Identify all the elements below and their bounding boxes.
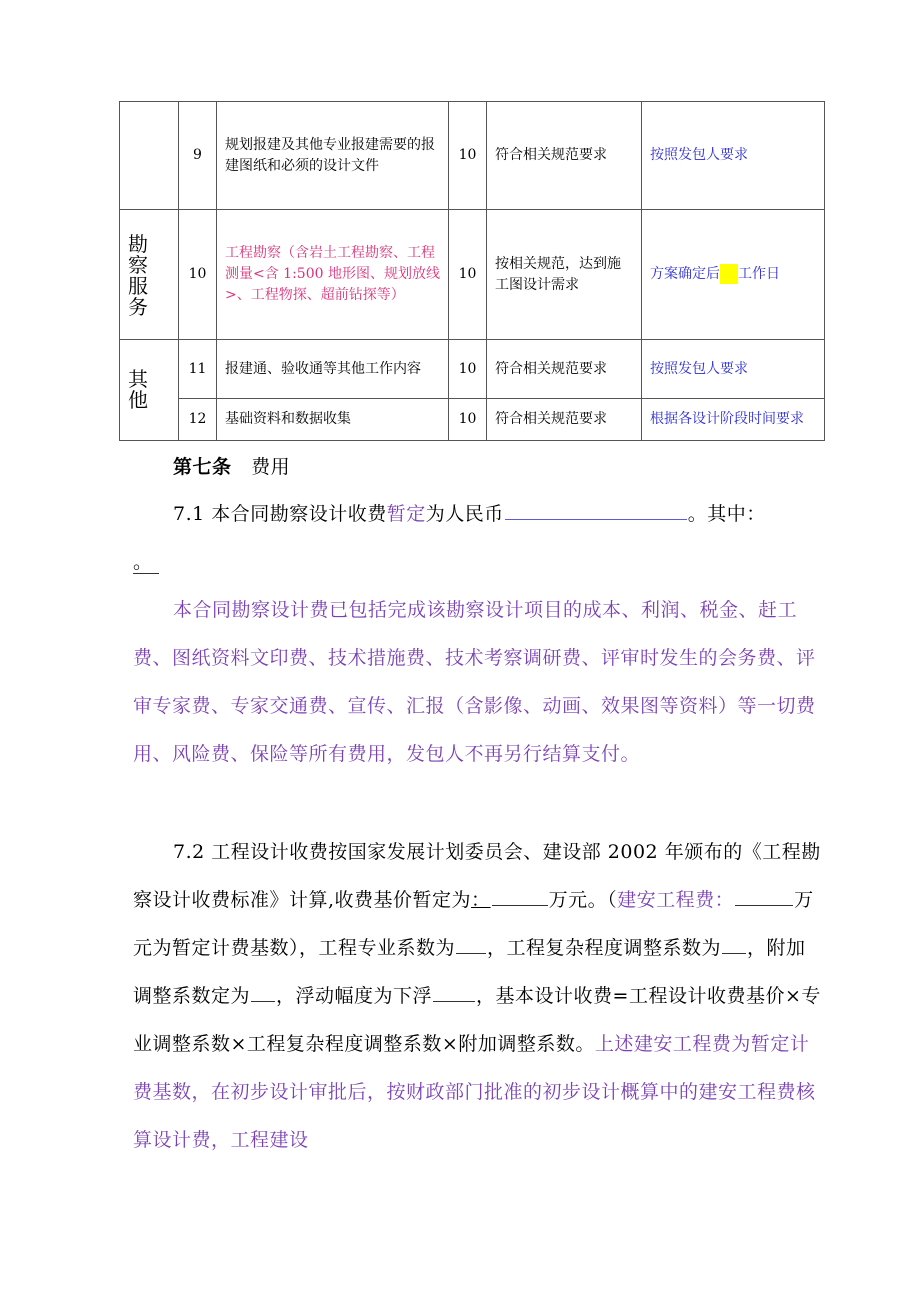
document-page: 9 规划报建及其他专业报建需要的报建图纸和必须的设计文件 10 符合相关规范要求…	[0, 0, 920, 1302]
clause-text: ，工程复杂程度调整系数为	[487, 937, 721, 959]
standard-cell: 按相关规范，达到施工图设计需求	[487, 210, 642, 340]
time-cell: 方案确定后工作日	[642, 210, 825, 340]
time-before: 方案确定后	[650, 266, 720, 282]
professional-coefficient-blank[interactable]	[456, 952, 486, 954]
category-label: 勘察服务	[128, 234, 150, 318]
clause-text: 。	[133, 551, 159, 574]
row-number: 9	[179, 102, 217, 210]
category-cell: 勘察服务	[120, 210, 179, 340]
table-row: 12 基础资料和数据收集 10 符合相关规范要求 根据各设计阶段时间要求	[120, 399, 825, 441]
category-cell	[120, 102, 179, 210]
category-cell: 其他	[120, 340, 179, 441]
count-cell: 10	[449, 340, 487, 399]
base-price-blank[interactable]	[492, 904, 548, 906]
table-row: 其他 11 报建通、验收通等其他工作内容 10 符合相关规范要求 按照发包人要求	[120, 340, 825, 399]
highlighted-blank[interactable]	[720, 264, 738, 284]
time-cell: 按照发包人要求	[642, 340, 825, 399]
time-cell: 按照发包人要求	[642, 102, 825, 210]
count-cell: 10	[449, 102, 487, 210]
clause-7-1-continued: 。	[133, 538, 823, 586]
article-heading: 第七条 费用	[173, 443, 863, 491]
clause-text: ：	[471, 889, 491, 911]
additional-coefficient-blank[interactable]	[251, 1000, 275, 1002]
article-number: 第七条	[173, 456, 232, 478]
standard-cell: 符合相关规范要求	[487, 399, 642, 441]
clause-text: 7.1 本合同勘察设计收费	[173, 503, 387, 525]
construction-cost-blank[interactable]	[735, 904, 793, 906]
complexity-coefficient-blank[interactable]	[722, 952, 746, 954]
clause-emphasis: 建安工程费：	[617, 889, 734, 911]
clause-text: 。其中：	[688, 503, 766, 525]
time-cell: 根据各设计阶段时间要求	[642, 399, 825, 441]
article-title: 费用	[251, 456, 290, 478]
time-after: 工作日	[738, 266, 780, 282]
clause-7-2: 7.2 工程设计收费按国家发展计划委员会、建设部 2002 年颁布的《工程勘察设…	[133, 828, 823, 1164]
count-cell: 10	[449, 399, 487, 441]
standard-cell: 符合相关规范要求	[487, 340, 642, 399]
clause-text: 万元。（	[549, 889, 618, 911]
table-row: 勘察服务 10 工程勘察（含岩土工程勘察、工程测量<含 1:500 地形图、规划…	[120, 210, 825, 340]
content-cell: 工程勘察（含岩土工程勘察、工程测量<含 1:500 地形图、规划放线>、工程物探…	[217, 210, 449, 340]
clause-text: ，浮动幅度为下浮	[276, 985, 432, 1007]
content-cell: 规划报建及其他专业报建需要的报建图纸和必须的设计文件	[217, 102, 449, 210]
content-cell: 基础资料和数据收集	[217, 399, 449, 441]
clause-text: 为人民币	[426, 503, 504, 525]
standard-cell: 符合相关规范要求	[487, 102, 642, 210]
amount-blank[interactable]	[505, 518, 687, 520]
row-number: 12	[179, 399, 217, 441]
clause-emphasis: 暂定	[387, 503, 426, 525]
row-number: 11	[179, 340, 217, 399]
float-range-blank[interactable]	[433, 1000, 475, 1002]
deliverables-table: 9 规划报建及其他专业报建需要的报建图纸和必须的设计文件 10 符合相关规范要求…	[119, 101, 825, 441]
count-cell: 10	[449, 210, 487, 340]
category-label: 其他	[128, 369, 150, 411]
fee-inclusion-paragraph: 本合同勘察设计费已包括完成该勘察设计项目的成本、利润、税金、赶工费、图纸资料文印…	[133, 586, 823, 778]
row-number: 10	[179, 210, 217, 340]
content-cell: 报建通、验收通等其他工作内容	[217, 340, 449, 399]
table-row: 9 规划报建及其他专业报建需要的报建图纸和必须的设计文件 10 符合相关规范要求…	[120, 102, 825, 210]
clause-7-1: 7.1 本合同勘察设计收费暂定为人民币。其中：	[173, 490, 833, 538]
